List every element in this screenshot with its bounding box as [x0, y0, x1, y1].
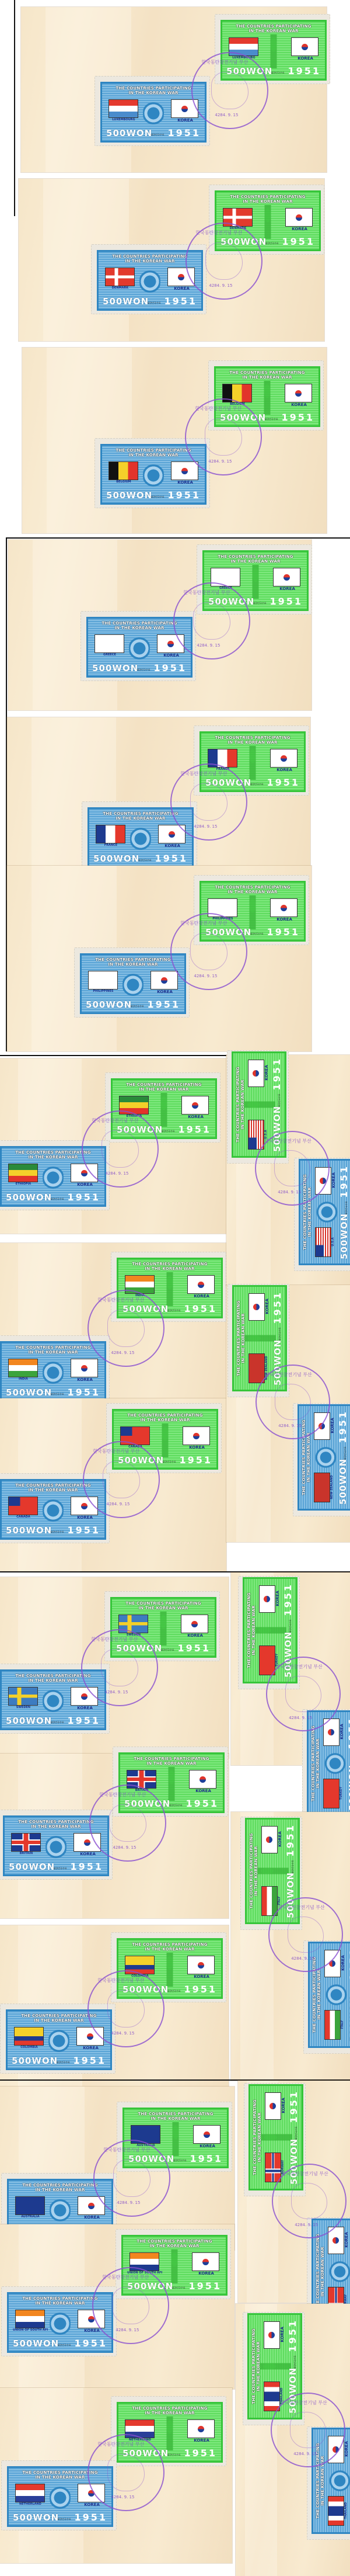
country-label: LUXEMBOURG	[106, 118, 141, 121]
year-label: 1951	[178, 1124, 211, 1135]
green-stamp: THE COUNTRIES PARTICIPATINGIN THE KOREAN…	[215, 190, 321, 251]
year-label: 1951	[179, 1454, 212, 1466]
korea-label: KOREA	[341, 1949, 345, 1977]
korea-label: KOREA	[187, 1974, 216, 1979]
korean-inscription: 대한민국우표	[130, 1005, 143, 1008]
year-label: 1951	[167, 127, 201, 138]
taegeuk-icon	[87, 2033, 93, 2040]
blue-stamp: THE COUNTRIES PARTICIPATINGIN THE KOREAN…	[307, 1710, 350, 1817]
country-label: DENMARK	[103, 286, 138, 290]
taegeuk-icon	[169, 831, 175, 838]
denomination: 500WON	[283, 1631, 293, 1678]
korea-label: KOREA	[330, 1411, 335, 1440]
stamp-header: THE COUNTRIES PARTICIPATINGIN THE KOREAN…	[106, 86, 201, 95]
country-label: CANADA	[6, 1515, 41, 1519]
korea-label: KOREA	[280, 2320, 285, 2349]
stamp-header: THE COUNTRIES PARTICIPATINGIN THE KOREAN…	[253, 2090, 262, 2185]
korean-inscription: 대한민국우표	[147, 301, 160, 305]
year-label: 1951	[281, 412, 314, 423]
stamp-header: THE COUNTRIES PARTICIPATINGIN THE KOREAN…	[208, 554, 303, 564]
country-label: U.S.A	[331, 1224, 335, 1259]
un-emblem-icon	[43, 1494, 63, 1528]
korea-label: KOREA	[187, 1294, 216, 1299]
korean-inscription: 대한민국우표	[160, 1648, 174, 1652]
korea-label: KOREA	[291, 56, 320, 61]
un-emblem-icon	[123, 968, 143, 1002]
korea-flag-icon	[78, 2196, 106, 2214]
taegeuk-icon	[269, 2103, 276, 2109]
country-flag-icon	[208, 898, 237, 916]
green-stamp: THE COUNTRIES PARTICIPATINGIN THE KOREAN…	[232, 1051, 286, 1158]
year-label: 1951	[282, 1583, 293, 1616]
stamp-header: THE COUNTRIES PARTICIPATINGIN THE KOREAN…	[13, 2183, 107, 2192]
stamp-header: THE COUNTRIES PARTICIPATINGIN THE KOREAN…	[93, 811, 188, 821]
korean-inscription: 대한민국우표	[167, 1990, 180, 1993]
stamp-header: THE COUNTRIES PARTICIPATINGIN THE KOREAN…	[12, 2013, 106, 2023]
korean-inscription: 대한민국우표	[289, 1619, 292, 1633]
blue-stamp: THE COUNTRIES PARTICIPATINGIN THE KOREAN…	[0, 1479, 106, 1540]
blue-stamp: THE COUNTRIES PARTICIPATINGIN THE KOREAN…	[3, 1815, 109, 1876]
denomination: 500WON	[128, 2154, 174, 2164]
denomination: 500WON	[103, 296, 149, 307]
korea-label: KOREA	[189, 1789, 218, 1793]
envelope: THE COUNTRIES PARTICIPATINGIN THE KOREAN…	[0, 1754, 229, 1918]
korean-inscription: 대한민국우표	[50, 1393, 64, 1396]
green-stamp: THE COUNTRIES PARTICIPATINGIN THE KOREAN…	[117, 2402, 223, 2463]
year-label: 1951	[67, 1192, 100, 1203]
blue-stamp: THE COUNTRIES PARTICIPATINGIN THE KOREAN…	[299, 1159, 350, 1265]
taegeuk-icon	[88, 2203, 94, 2209]
green-stamp: THE COUNTRIES PARTICIPATINGIN THE KOREAN…	[214, 366, 320, 427]
korea-flag-icon	[324, 1950, 341, 1978]
stamp-header: THE COUNTRIES PARTICIPATINGIN THE KOREAN…	[6, 1345, 100, 1355]
country-label: LUXEMBOURG	[226, 56, 261, 60]
country-label: FRANCE	[205, 768, 240, 771]
taegeuk-icon	[328, 1729, 334, 1735]
country-flag-icon	[8, 1359, 38, 1377]
korea-label: KOREA	[78, 2502, 106, 2507]
country-flag-icon	[264, 2381, 280, 2411]
green-stamp: THE COUNTRIES PARTICIPATINGIN THE KOREAN…	[232, 1285, 287, 1391]
year-label: 1951	[147, 999, 180, 1010]
korea-label: KOREA	[71, 1182, 99, 1187]
green-stamp: THE COUNTRIES PARTICIPATINGIN THE KOREAN…	[243, 1577, 297, 1683]
taegeuk-icon	[283, 574, 290, 581]
stamp-header: THE COUNTRIES PARTICIPATINGIN THE KOREAN…	[220, 370, 314, 380]
blue-stamp: THE COUNTRIES PARTICIPATINGIN THE KOREAN…	[7, 2466, 113, 2527]
taegeuk-icon	[253, 1070, 259, 1077]
stamp-header: THE COUNTRIES PARTICIPATINGIN THE KOREAN…	[9, 1820, 103, 1829]
korea-label: KOREA	[344, 2435, 349, 2463]
taegeuk-icon	[81, 1693, 87, 1700]
year-label: 1951	[188, 2280, 222, 2292]
un-emblem-icon	[320, 1753, 350, 1773]
year-label: 1951	[185, 1798, 219, 1809]
korea-flag-icon	[315, 1167, 331, 1195]
postmark-date: 4284. 9. 15	[197, 643, 220, 648]
country-flag-icon	[249, 1353, 265, 1383]
un-emblem-icon	[324, 2470, 350, 2491]
blue-stamp: THE COUNTRIES PARTICIPATINGIN THE KOREAN…	[311, 2428, 350, 2534]
statue-of-liberty-icon	[263, 34, 283, 69]
country-label: ITALY	[341, 2007, 344, 2042]
korean-inscription: 대한민국우표	[253, 602, 266, 605]
taegeuk-icon	[167, 641, 174, 647]
country-label: THAILAND	[280, 2379, 283, 2414]
denomination: 500WON	[272, 1106, 282, 1152]
korean-inscription: 대한민국우표	[278, 1093, 281, 1107]
country-label: AUSTRALIA	[13, 2215, 48, 2219]
country-flag-icon	[127, 1770, 156, 1788]
country-label: NETHERLAND	[13, 2502, 48, 2506]
envelope: THE COUNTRIES PARTICIPATINGIN THE KOREAN…	[0, 2224, 235, 2389]
taegeuk-icon	[318, 1423, 325, 1429]
korea-label: KOREA	[285, 227, 314, 231]
country-flag-icon	[8, 1164, 38, 1182]
stamp-header: THE COUNTRIES PARTICIPATINGIN THE KOREAN…	[251, 2319, 261, 2414]
korea-label: KOREA	[78, 2215, 106, 2220]
country-label: NETHERLAND	[123, 2438, 157, 2442]
stamp-header: THE COUNTRIES PARTICIPATINGIN THE KOREAN…	[116, 1601, 211, 1610]
korea-flag-icon	[78, 2310, 106, 2328]
year-label: 1951	[267, 777, 300, 788]
stamp-header: THE COUNTRIES PARTICIPATINGIN THE KOREAN…	[13, 2470, 107, 2480]
country-label: SWEDEN	[116, 1633, 151, 1637]
year-label: 1951	[272, 1291, 283, 1324]
statue-of-liberty-icon	[159, 2417, 180, 2451]
country-flag-icon	[11, 1833, 41, 1851]
korea-flag-icon	[273, 568, 301, 586]
korea-label: KOREA	[167, 286, 196, 291]
country-flag-icon	[125, 1956, 155, 1974]
country-label: GREECE	[92, 653, 127, 657]
country-label: BRITAIN	[9, 1852, 44, 1855]
statue-of-liberty-icon	[257, 205, 278, 239]
envelope: THE COUNTRIES PARTICIPATINGIN THE KOREAN…	[21, 7, 327, 172]
taegeuk-icon	[253, 1304, 260, 1310]
country-label: INDIA	[6, 1377, 41, 1381]
taegeuk-icon	[181, 468, 188, 474]
year-label: 1951	[67, 1525, 100, 1536]
un-emblem-icon	[43, 1161, 63, 1195]
taegeuk-icon	[296, 214, 302, 221]
envelope: THE COUNTRIES PARTICIPATINGIN THE KOREAN…	[231, 1572, 350, 1765]
stamp-header: THE COUNTRIES PARTICIPATINGIN THE KOREAN…	[303, 1165, 312, 1259]
country-flag-icon	[14, 2027, 44, 2045]
country-flag-icon	[119, 1096, 149, 1114]
un-emblem-icon	[310, 1447, 341, 1467]
denomination: 500WON	[117, 1124, 163, 1135]
un-emblem-icon	[139, 265, 160, 299]
country-label: TURKEY	[275, 1643, 279, 1678]
year-label: 1951	[346, 1716, 350, 1749]
stamp-header: THE COUNTRIES PARTICIPATINGIN THE KOREAN…	[127, 2239, 222, 2248]
country-label: FRANCE	[93, 843, 128, 847]
un-emblem-icon	[324, 2261, 350, 2282]
statue-of-liberty-icon	[245, 1328, 276, 1348]
country-label: INDIA	[123, 1294, 157, 1297]
korea-label: KOREA	[193, 2144, 222, 2148]
korean-inscription: 대한민국우표	[278, 1327, 282, 1341]
postmark-date: 4284. 9. 15	[117, 2200, 140, 2205]
statue-of-liberty-icon	[155, 1424, 175, 1458]
green-stamp: THE COUNTRIES PARTICIPATINGIN THE KOREAN…	[220, 20, 327, 81]
country-label: COLOMBIA	[12, 2046, 47, 2049]
blue-stamp: THE COUNTRIES PARTICIPATINGIN THE KOREAN…	[80, 953, 186, 1014]
un-emblem-icon	[129, 631, 149, 666]
korea-flag-icon	[189, 1770, 217, 1788]
denomination: 500WON	[220, 412, 266, 423]
green-stamp: THE COUNTRIES PARTICIPATINGIN THE KOREAN…	[202, 550, 309, 611]
stamp-header: THE COUNTRIES PARTICIPATINGIN THE KOREAN…	[6, 1150, 100, 1159]
blue-stamp: THE COUNTRIES PARTICIPATINGIN THE KOREAN…	[0, 1341, 106, 1402]
blue-stamp: THE COUNTRIES PARTICIPATINGIN THE KOREAN…	[100, 82, 206, 143]
denomination: 500WON	[12, 2056, 58, 2066]
taegeuk-icon	[281, 755, 287, 762]
green-stamp: THE COUNTRIES PARTICIPATINGIN THE KOREAN…	[123, 2108, 229, 2168]
year-label: 1951	[337, 1410, 348, 1443]
korean-inscription: 대한민국우표	[50, 1530, 64, 1534]
korean-inscription: 대한민국우표	[345, 1201, 348, 1214]
korea-label: KOREA	[187, 2438, 216, 2443]
korea-flag-icon	[323, 1719, 339, 1747]
year-label: 1951	[153, 662, 187, 673]
country-flag-icon	[229, 37, 258, 55]
envelope: THE COUNTRIES PARTICIPATINGIN THE KOREAN…	[0, 1243, 226, 1416]
taegeuk-icon	[178, 274, 184, 280]
korea-flag-icon	[328, 2227, 344, 2255]
korea-label: KOREA	[71, 1377, 99, 1382]
korean-inscription: 대한민국우표	[295, 2126, 298, 2140]
year-label: 1951	[282, 236, 315, 247]
year-label: 1951	[177, 1643, 211, 1654]
korean-inscription: 대한민국우표	[171, 2286, 185, 2290]
denomination: 500WON	[6, 1716, 52, 1726]
blue-stamp: THE COUNTRIES PARTICIPATINGIN THE KOREAN…	[86, 617, 192, 678]
blue-stamp: THE COUNTRIES PARTICIPATINGIN THE KOREAN…	[6, 2009, 112, 2070]
korea-flag-icon	[187, 2419, 215, 2438]
year-label: 1951	[288, 2090, 299, 2123]
taegeuk-icon	[161, 977, 167, 984]
statue-of-liberty-icon	[257, 381, 277, 415]
country-label: AUSTRALIA	[128, 2144, 163, 2147]
korea-flag-icon	[264, 2321, 280, 2349]
green-stamp: THE COUNTRIES PARTICIPATINGIN THE KOREAN…	[117, 1258, 223, 1318]
country-label: ITALY	[278, 1883, 281, 1918]
stamp-header: THE COUNTRIES PARTICIPATINGIN THE KOREAN…	[236, 1057, 245, 1152]
korea-label: KOREA	[71, 1515, 99, 1520]
korea-flag-icon	[265, 2092, 281, 2120]
korean-inscription: 대한민국우표	[293, 2355, 297, 2369]
korea-flag-icon	[187, 1275, 215, 1293]
korean-inscription: 대한민국우표	[53, 1867, 66, 1870]
un-emblem-icon	[43, 1684, 63, 1719]
country-flag-icon	[129, 2252, 159, 2271]
postmark-date: 4284. 9. 15	[111, 1351, 134, 1355]
korea-label: KOREA	[71, 1706, 99, 1710]
korea-flag-icon	[76, 2027, 104, 2045]
un-emblem-icon	[143, 96, 163, 131]
postmark-date: 4284. 9. 15	[209, 283, 232, 288]
taegeuk-icon	[302, 44, 308, 50]
statue-of-liberty-icon	[256, 1620, 286, 1640]
taegeuk-icon	[204, 2131, 210, 2138]
un-emblem-icon	[130, 822, 150, 856]
green-stamp: THE COUNTRIES PARTICIPATINGIN THE KOREAN…	[121, 2235, 228, 2296]
green-stamp: THE COUNTRIES PARTICIPATINGIN THE KOREAN…	[245, 1818, 300, 1924]
stamp-header: THE COUNTRIES PARTICIPATINGIN THE KOREAN…	[103, 254, 197, 263]
year-label: 1951	[184, 1984, 217, 1995]
denomination: 500WON	[123, 2448, 169, 2459]
country-flag-icon	[15, 2484, 45, 2502]
korea-label: KOREA	[270, 917, 299, 922]
year-label: 1951	[285, 1824, 296, 1857]
un-emblem-icon	[50, 2193, 70, 2228]
taegeuk-icon	[81, 1365, 87, 1372]
country-label: BRITAIN	[124, 1789, 159, 1792]
un-emblem-icon	[143, 459, 163, 493]
un-emblem-icon	[311, 1202, 342, 1222]
korea-flag-icon	[285, 384, 313, 402]
page-border-left	[14, 0, 15, 216]
postmark-date: 4284. 9. 15	[116, 2328, 139, 2332]
korean-inscription: 대한민국우표	[291, 1860, 295, 1873]
korea-flag-icon	[181, 1096, 209, 1114]
stamp-header: THE COUNTRIES PARTICIPATINGIN THE KOREAN…	[316, 2433, 325, 2528]
korea-flag-icon	[270, 749, 298, 767]
year-label: 1951	[184, 2447, 217, 2459]
denomination: 500WON	[92, 663, 138, 673]
taegeuk-icon	[295, 390, 302, 397]
korea-label: KOREA	[150, 990, 179, 994]
denomination: 500WON	[13, 2512, 59, 2523]
korean-inscription: 대한민국우표	[173, 2159, 186, 2162]
korea-flag-icon	[71, 1164, 99, 1182]
stamp-header: THE COUNTRIES PARTICIPATINGIN THE KOREAN…	[123, 1942, 217, 1952]
blue-stamp: THE COUNTRIES PARTICIPATINGIN THE KOREAN…	[0, 1146, 106, 1207]
stamp-header: THE COUNTRIES PARTICIPATINGIN THE KOREAN…	[123, 2406, 217, 2415]
statue-of-liberty-icon	[244, 1094, 275, 1115]
country-flag-icon	[125, 1275, 155, 1293]
korean-inscription: 대한민국우표	[50, 1197, 64, 1201]
korea-label: KOREA	[192, 2271, 220, 2276]
korea-label: KOREA	[273, 586, 302, 591]
un-emblem-icon	[43, 1356, 63, 1390]
denomination: 500WON	[13, 2338, 59, 2349]
year-label: 1951	[338, 1165, 349, 1198]
taegeuk-icon	[192, 1102, 198, 1109]
denomination: 500WON	[288, 2367, 298, 2414]
stamp-header: THE COUNTRIES PARTICIPATINGIN THE KOREAN…	[205, 735, 300, 745]
stamp-header: THE COUNTRIES PARTICIPATINGIN THE KOREAN…	[249, 1824, 258, 1918]
country-flag-icon	[248, 1120, 264, 1150]
denomination: 500WON	[106, 490, 152, 501]
denomination: 500WON	[6, 1192, 52, 1203]
korean-inscription: 대한민국우표	[250, 783, 263, 786]
taegeuk-icon	[332, 2446, 339, 2453]
country-flag-icon	[125, 2419, 155, 2438]
statue-of-liberty-icon	[164, 2249, 184, 2284]
statue-of-liberty-icon	[153, 1612, 173, 1646]
korea-flag-icon	[78, 2484, 106, 2502]
year-label: 1951	[155, 853, 188, 864]
korea-flag-icon	[314, 1412, 330, 1440]
statue-of-liberty-icon	[260, 2356, 291, 2376]
country-flag-icon	[94, 634, 124, 652]
korea-label: KOREA	[281, 2091, 286, 2120]
denomination: 500WON	[127, 2281, 173, 2292]
korea-label: KOREA	[157, 653, 185, 658]
denomination: 500WON	[93, 853, 139, 864]
taegeuk-icon	[264, 1596, 270, 1602]
korea-label: KOREA	[76, 2046, 105, 2050]
country-flag-icon	[105, 268, 135, 286]
envelope: THE COUNTRIES PARTICIPATINGIN THE KOREAN…	[236, 2304, 350, 2576]
korea-label: KOREA	[78, 2328, 106, 2333]
taegeuk-icon	[191, 1621, 198, 1627]
korea-label: KOREA	[278, 1825, 282, 1853]
stamp-header: THE COUNTRIES PARTICIPATINGIN THE KOREAN…	[106, 448, 201, 457]
korea-flag-icon	[285, 208, 313, 226]
korean-inscription: 대한민국우표	[57, 2518, 71, 2521]
korea-flag-icon	[328, 2436, 344, 2464]
korea-flag-icon	[193, 2125, 221, 2143]
green-stamp: THE COUNTRIES PARTICIPATINGIN THE KOREAN…	[117, 1938, 223, 1999]
country-label: NEW ZEALAND	[265, 1351, 268, 1386]
envelope: THE COUNTRIES PARTICIPATINGIN THE KOREAN…	[22, 348, 327, 533]
country-flag-icon	[120, 1426, 150, 1445]
denomination: 500WON	[9, 1862, 55, 1872]
country-flag-icon	[323, 1779, 339, 1808]
envelope: THE COUNTRIES PARTICIPATINGIN THE KOREAN…	[0, 1398, 226, 1571]
country-flag-icon	[261, 1886, 278, 1916]
korea-flag-icon	[261, 1826, 278, 1854]
korean-inscription: 대한민국우표	[136, 668, 150, 672]
korea-label: KOREA	[183, 1445, 211, 1450]
un-emblem-icon	[48, 2024, 69, 2058]
country-label: COLOMBIA	[123, 1974, 157, 1978]
envelope: THE COUNTRIES PARTICIPATINGIN THE KOREAN…	[0, 1058, 226, 1234]
country-label: UNION OF SOUTH AFRICA	[13, 2328, 48, 2332]
country-label: NORWAY	[281, 2150, 285, 2185]
statue-of-liberty-icon	[245, 565, 265, 599]
country-flag-icon	[96, 825, 125, 843]
stamp-header: THE COUNTRIES PARTICIPATINGIN THE KOREAN…	[226, 24, 321, 33]
denomination: 500WON	[118, 1455, 164, 1466]
statue-of-liberty-icon	[159, 1272, 180, 1307]
country-flag-icon	[315, 1227, 331, 1257]
denomination: 500WON	[123, 1984, 169, 1995]
korea-flag-icon	[71, 1497, 99, 1515]
taegeuk-icon	[332, 2237, 339, 2244]
stamp-header: THE COUNTRIES PARTICIPATINGIN THE KOREAN…	[117, 1082, 211, 1092]
stamp-header: THE COUNTRIES PARTICIPATINGIN THE KOREAN…	[236, 1291, 246, 1386]
taegeuk-icon	[202, 2259, 209, 2265]
year-label: 1951	[271, 1057, 282, 1091]
korean-inscription: 대한민국우표	[250, 932, 263, 936]
denomination: 500WON	[205, 927, 251, 938]
green-stamp: THE COUNTRIES PARTICIPATINGIN THE KOREAN…	[111, 1078, 217, 1139]
statue-of-liberty-icon	[242, 895, 262, 930]
country-label: PHILIPPINES	[86, 990, 121, 993]
green-stamp: THE COUNTRIES PARTICIPATINGIN THE KOREAN…	[249, 2084, 303, 2190]
stamp-header: THE COUNTRIES PARTICIPATINGIN THE KOREAN…	[312, 1947, 321, 2042]
denomination: 500WON	[339, 1213, 349, 1259]
korea-label: KOREA	[181, 1633, 209, 1638]
korea-flag-icon	[171, 461, 199, 480]
country-label: GREECE	[208, 586, 243, 590]
country-flag-icon	[265, 2153, 281, 2182]
